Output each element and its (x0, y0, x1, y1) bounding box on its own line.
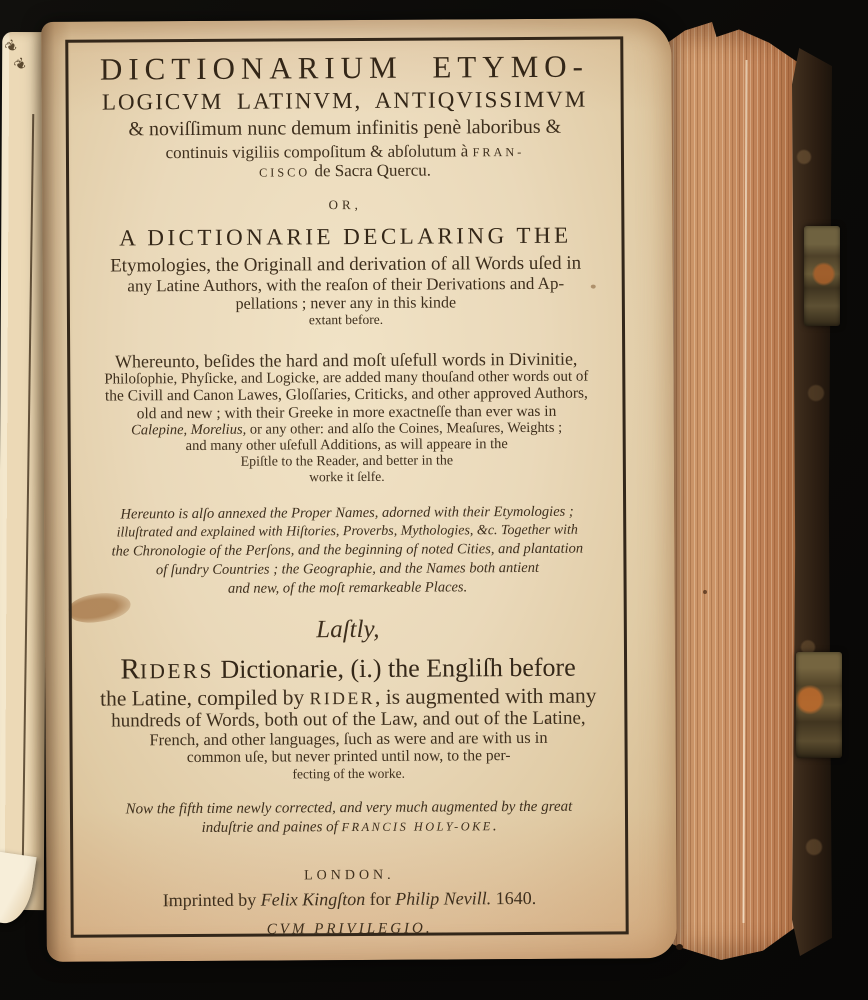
whereunto-line-1: Whereunto, beſides the hard and moſt uſe… (115, 348, 578, 371)
edition-line-2-pre: induſtrie and paines of (202, 819, 342, 836)
imprint-pre: Imprinted by (163, 890, 261, 911)
edition-line-2-end: . (493, 818, 497, 834)
photo-backdrop: ❦ ❦ DICTIONARIUM ETYMO- LOGICVM LATINVM,… (0, 0, 868, 1000)
imprint-mid: for (365, 889, 395, 909)
title-line-3: & noviſſimum nunc demum infinitis penè l… (128, 116, 561, 141)
riders-line-1-rest: Dictionarie, (i.) the Engliſh before (214, 653, 576, 684)
hereunto-line-4: of ſundry Countries ; the Geographie, an… (156, 559, 539, 580)
whereunto-line-7: Epiſtle to the Reader, and better in the (241, 453, 454, 470)
title-page: DICTIONARIUM ETYMO- LOGICVM LATINVM, ANT… (41, 18, 677, 962)
title-line-5-text: de Sacra Quercu. (310, 160, 431, 180)
edition-line-2: induſtrie and paines of FRANCIS HOLY-OKE… (202, 817, 497, 838)
book-clasp-top (804, 226, 840, 326)
title-line-5-caps: CISCO (259, 165, 310, 179)
declaring-line-2: any Latine Authors, with the reaſon of t… (127, 274, 564, 296)
riders-caps: IDERS (140, 659, 214, 683)
riders-line-2-rest: , is augmented with many (375, 683, 597, 708)
page-corner-curl (0, 851, 37, 926)
book-cover-edge (792, 48, 832, 956)
imprint-year: 1640. (491, 888, 536, 908)
or-divider: OR, (329, 198, 362, 213)
lastly-label: Laſtly, (316, 616, 379, 644)
privilege-label: CVM PRIVILEGIO. (267, 921, 433, 939)
publisher-name: Philip Nevill. (395, 888, 491, 909)
printer-ornament-icon: ❦ (3, 38, 22, 58)
declaring-heading: A DICTIONARIE DECLARING THE (119, 223, 572, 252)
hereunto-line-5: and new, of the moſt remarkeable Places. (228, 579, 467, 599)
fore-edge-fleck (676, 944, 683, 950)
whereunto-line-5-rest: or any other: and alſo the Coines, Meaſu… (246, 420, 562, 438)
whereunto-line-5-italic: Calepine, Morelius, (131, 422, 246, 439)
imprint-divider-rule (78, 852, 621, 853)
rider-caps: RIDER (310, 688, 375, 708)
whereunto-line-6: and many other uſefull Additions, as wil… (186, 437, 508, 455)
title-line-4: continuis vigiliis compoſitum & abſolutu… (166, 141, 525, 162)
author-name-caps: FRANCIS HOLY-OKE (342, 819, 493, 834)
riders-line-5: common uſe, but never printed until now,… (187, 748, 511, 767)
fore-edge-fleck (703, 590, 707, 594)
title-line-1: DICTIONARIUM ETYMO- (100, 50, 589, 88)
declaring-line-4: extant before. (309, 312, 383, 328)
riders-line-4: French, and other languages, ſuch as wer… (149, 729, 547, 750)
riders-line-2: the Latine, compiled by RIDER, is augmen… (100, 683, 597, 710)
imprint-city: LONDON. (304, 868, 395, 884)
riders-lead-cap: R (120, 653, 140, 685)
page-border-frame: DICTIONARIUM ETYMO- LOGICVM LATINVM, ANT… (65, 36, 628, 937)
book-clasp-bottom (796, 652, 842, 758)
declaring-line-1: Etymologies, the Originall and derivatio… (110, 253, 581, 277)
declaring-line-3: pellations ; never any in this kinde (236, 294, 457, 313)
printer-ornament-icon: ❦ (12, 56, 31, 75)
title-line-4-text: continuis vigiliis compoſitum & abſolutu… (166, 141, 473, 162)
title-line-5: CISCO de Sacra Quercu. (259, 160, 431, 180)
imprint-line: Imprinted by Felix Kingſton for Philip N… (163, 888, 537, 910)
riders-line-2-pre: the Latine, compiled by (100, 685, 310, 710)
facing-page-border-line (21, 114, 34, 890)
fore-edge-crack (742, 60, 747, 923)
whereunto-line-8: worke it ſelfe. (309, 469, 384, 485)
title-line-4-caps: FRAN- (473, 145, 525, 159)
riders-line-6: fecting of the worke. (292, 766, 405, 782)
edition-line-1: Now the fifth time newly corrected, and … (126, 798, 573, 819)
riders-line-1: RIDERS Dictionarie, (i.) the Engliſh bef… (120, 651, 575, 686)
title-line-2: LOGICVM LATINVM, ANTIQVISSIMVM (102, 86, 588, 115)
printer-name: Felix Kingſton (261, 889, 366, 910)
